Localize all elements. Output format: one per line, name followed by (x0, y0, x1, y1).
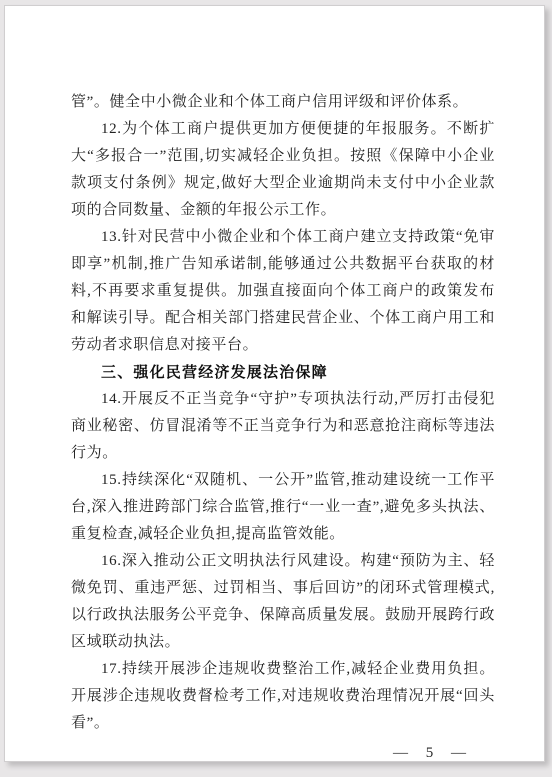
section-heading: 三、强化民营经济发展法治保障 (71, 359, 495, 386)
paragraph-item-14: 14.开展反不正当竞争“守护”专项执法行动,严厉打击侵犯商业秘密、仿冒混淆等不正… (71, 386, 495, 467)
page-number: — 5 — (71, 742, 495, 764)
paragraph-item-17: 17.持续开展涉企违规收费整治工作,减轻企业费用负担。开展涉企违规收费督检考工作… (71, 656, 495, 737)
paragraph-item-15: 15.持续深化“双随机、一公开”监管,推动建设统一工作平台,深入推进跨部门综合监… (71, 467, 495, 548)
paragraph-continuation: 管”。健全中小微企业和个体工商户信用评级和评价体系。 (71, 89, 495, 116)
paragraph-item-13: 13.针对民营中小微企业和个体工商户建立支持政策“免审即享”机制,推广告知承诺制… (71, 224, 495, 359)
document-page: 管”。健全中小微企业和个体工商户信用评级和评价体系。 12.为个体工商户提供更加… (4, 5, 545, 762)
paragraph-item-16: 16.深入推动公正文明执法行风建设。构建“预防为主、轻微免罚、重违严惩、过罚相当… (71, 548, 495, 656)
paragraph-item-12: 12.为个体工商户提供更加方便便捷的年报服务。不断扩大“多报合一”范围,切实减轻… (71, 116, 495, 224)
